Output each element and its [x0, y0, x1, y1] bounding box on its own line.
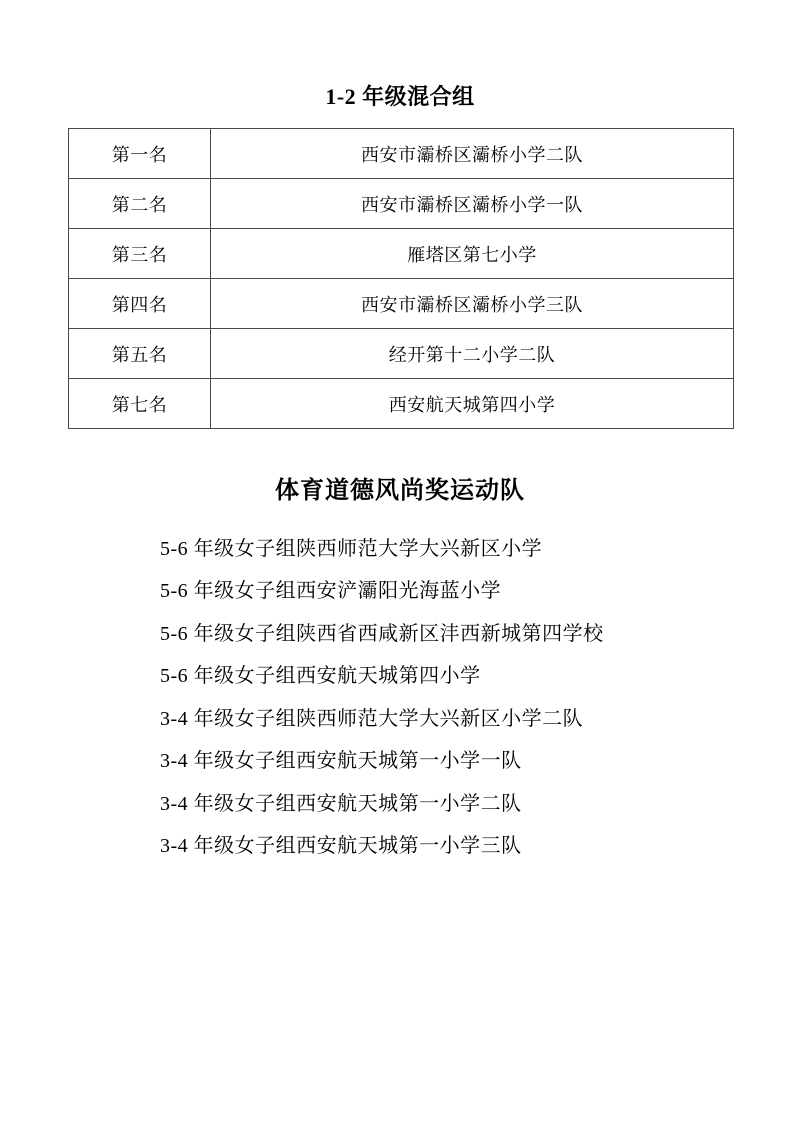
- table-row: 第二名西安市灞桥区灞桥小学一队: [69, 179, 734, 229]
- document-page: 1-2 年级混合组 第一名西安市灞桥区灞桥小学二队第二名西安市灞桥区灞桥小学一队…: [0, 0, 800, 1131]
- ranking-table-body: 第一名西安市灞桥区灞桥小学二队第二名西安市灞桥区灞桥小学一队第三名雁塔区第七小学…: [69, 129, 734, 429]
- ranking-table: 第一名西安市灞桥区灞桥小学二队第二名西安市灞桥区灞桥小学一队第三名雁塔区第七小学…: [68, 128, 734, 429]
- table-row: 第七名西安航天城第四小学: [69, 379, 734, 429]
- group-section-title: 1-2 年级混合组: [0, 84, 800, 110]
- team-cell: 西安市灞桥区灞桥小学三队: [211, 279, 734, 329]
- award-team-item: 3-4 年级女子组西安航天城第一小学一队: [160, 738, 800, 781]
- award-team-item: 5-6 年级女子组陕西师范大学大兴新区小学: [160, 525, 800, 568]
- table-row: 第四名西安市灞桥区灞桥小学三队: [69, 279, 734, 329]
- table-row: 第五名经开第十二小学二队: [69, 329, 734, 379]
- award-team-item: 3-4 年级女子组西安航天城第一小学二队: [160, 780, 800, 823]
- team-cell: 西安市灞桥区灞桥小学一队: [211, 179, 734, 229]
- award-team-item: 3-4 年级女子组西安航天城第一小学三队: [160, 823, 800, 866]
- table-row: 第三名雁塔区第七小学: [69, 229, 734, 279]
- award-section-title: 体育道德风尚奖运动队: [0, 477, 800, 505]
- award-team-item: 5-6 年级女子组陕西省西咸新区沣西新城第四学校: [160, 610, 800, 653]
- award-team-item: 3-4 年级女子组陕西师范大学大兴新区小学二队: [160, 695, 800, 738]
- team-cell: 经开第十二小学二队: [211, 329, 734, 379]
- rank-cell: 第三名: [69, 229, 211, 279]
- award-team-item: 5-6 年级女子组西安航天城第四小学: [160, 653, 800, 696]
- rank-cell: 第五名: [69, 329, 211, 379]
- rank-cell: 第四名: [69, 279, 211, 329]
- table-row: 第一名西安市灞桥区灞桥小学二队: [69, 129, 734, 179]
- team-cell: 西安航天城第四小学: [211, 379, 734, 429]
- award-team-list: 5-6 年级女子组陕西师范大学大兴新区小学5-6 年级女子组西安浐灞阳光海蓝小学…: [160, 525, 800, 865]
- team-cell: 西安市灞桥区灞桥小学二队: [211, 129, 734, 179]
- award-team-item: 5-6 年级女子组西安浐灞阳光海蓝小学: [160, 568, 800, 611]
- rank-cell: 第一名: [69, 129, 211, 179]
- rank-cell: 第二名: [69, 179, 211, 229]
- rank-cell: 第七名: [69, 379, 211, 429]
- team-cell: 雁塔区第七小学: [211, 229, 734, 279]
